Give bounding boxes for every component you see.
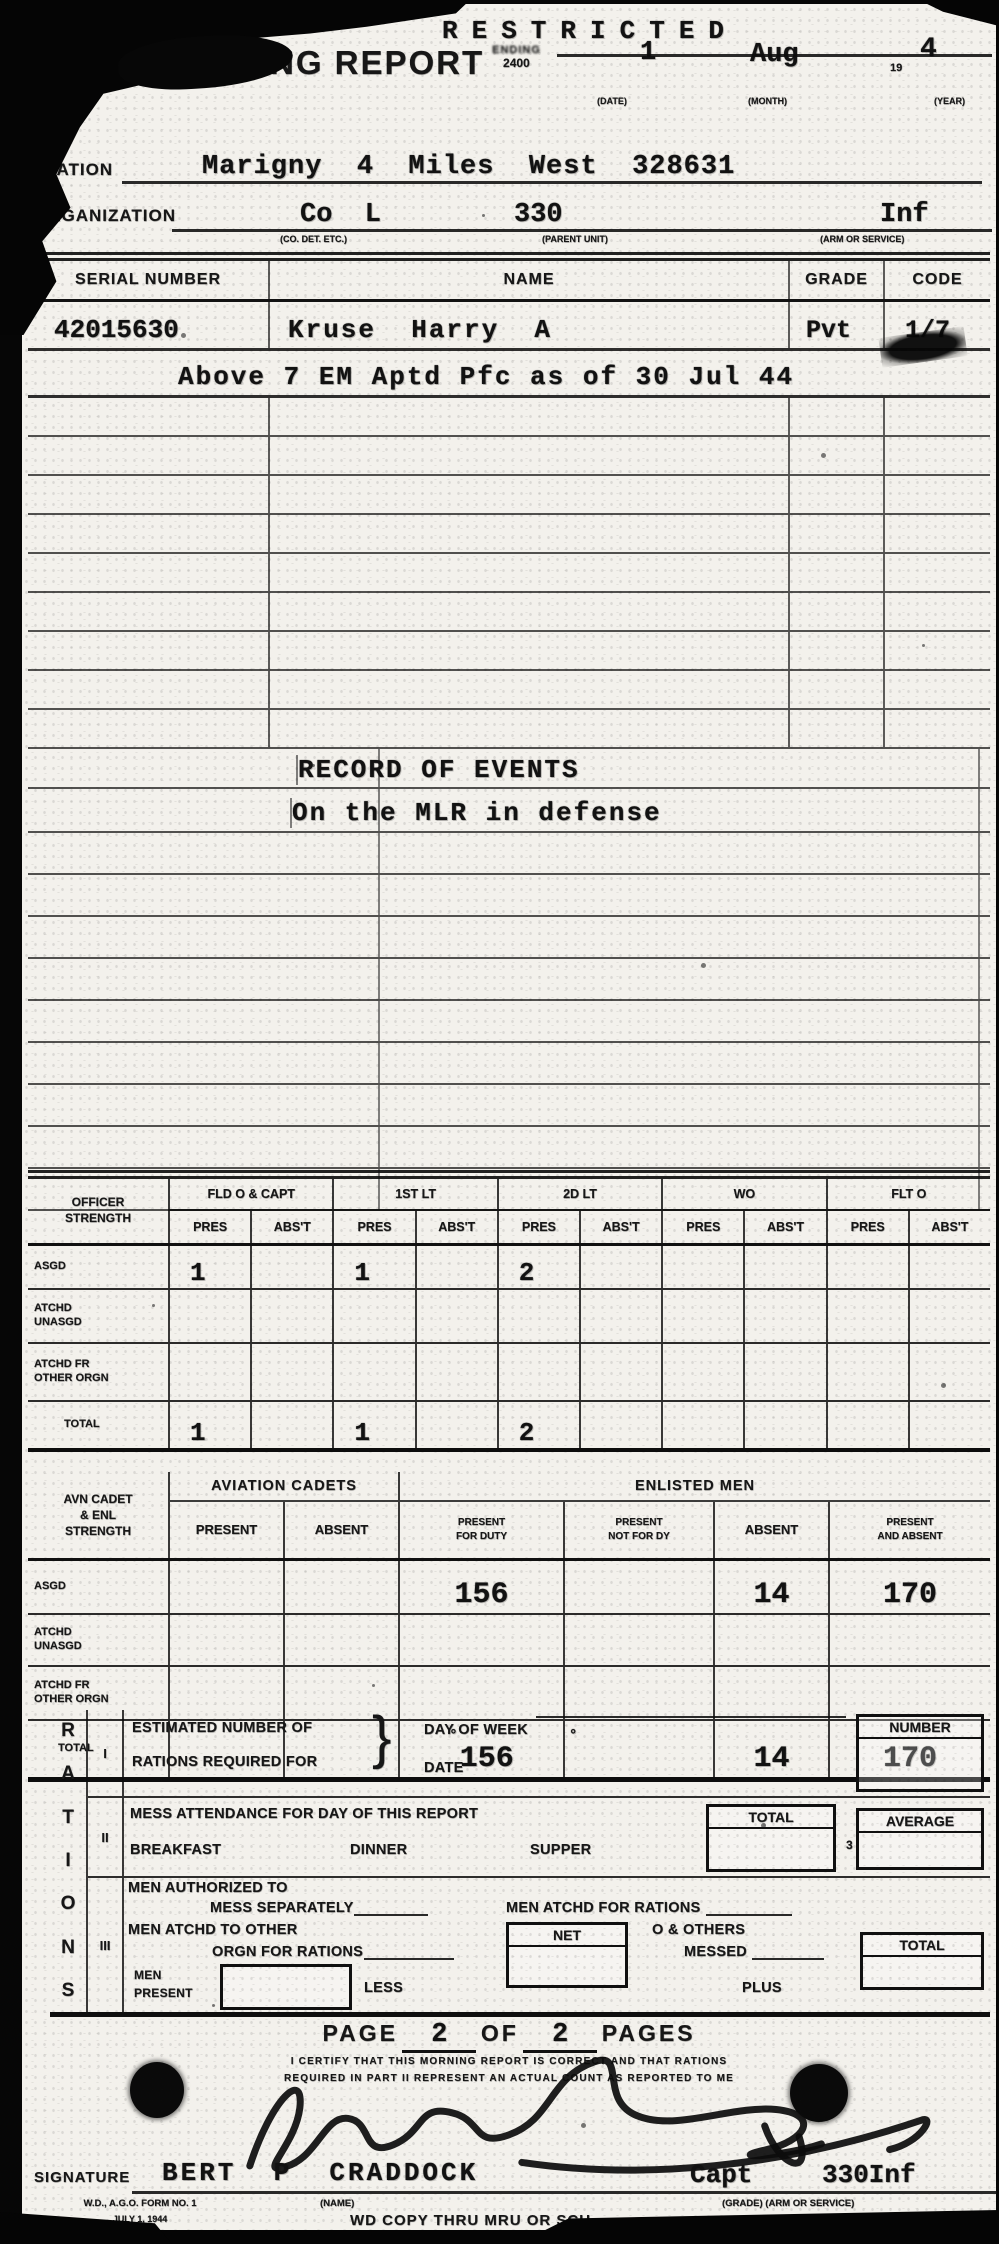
station-value: Marigny 4 Miles West 328631 (202, 152, 735, 182)
date-field-label: DATE (424, 1760, 464, 1776)
paper-sheet: RESTRICTED MORNING REPORT ENDING 2400 1 … (22, 4, 996, 2244)
numeral-II: II (88, 1798, 124, 1876)
mess-attendance-title: MESS ATTENDANCE FOR DAY OF THIS REPORT (130, 1806, 478, 1822)
pres-header: PRES (332, 1211, 414, 1243)
date-day-value: 1 (640, 38, 656, 68)
organization-underline (172, 229, 992, 232)
enlisted-table-header: AVN CADET & ENL STRENGTH AVIATION CADETS… (28, 1472, 990, 1561)
pres-header: PRES (826, 1211, 908, 1243)
signature-row: SIGNATURE BERT P CRADDOCK Capt 330Inf (22, 2146, 996, 2194)
cadets-absent-header: ABSENT (283, 1502, 398, 1558)
men-present-box (220, 1964, 352, 2010)
form-number: W.D., A.G.O. FORM NO. 1 (40, 2198, 240, 2209)
remark-text: Above 7 EM Aptd Pfc as of 30 Jul 44 (28, 362, 794, 395)
signed-grade: Capt (690, 2160, 752, 2190)
men-authorized-label: MEN AUTHORIZED TO (128, 1880, 288, 1896)
day-of-week-label: DAY OF WEEK (424, 1722, 528, 1738)
col-group-fldo-capt: FLD O & CAPT (168, 1179, 332, 1211)
number-box: NUMBER (856, 1714, 984, 1792)
enlisted-row-asgd: ASGD 156 14 170 (28, 1561, 990, 1615)
orgn-for-rations-label: ORGN FOR RATIONS (212, 1944, 363, 1960)
entry-serial: 42015630 (28, 302, 268, 348)
absent-header: ABSENT (713, 1502, 828, 1558)
code-header: CODE (883, 261, 990, 299)
roster-entry-row: 42015630 Kruse Harry A Pvt 1/7 (28, 302, 990, 351)
ending-label: ENDING (492, 44, 541, 56)
messed-label: MESSED (684, 1944, 747, 1960)
name-sublabel: (NAME) (320, 2198, 354, 2209)
record-of-events-title-row: RECORD OF EVENTS (28, 749, 990, 789)
supper-label: SUPPER (530, 1842, 591, 1858)
grade-header: GRADE (788, 261, 883, 299)
officer-row-total: TOTAL 1 1 2 (28, 1402, 990, 1452)
organization-company: Co L (300, 200, 381, 230)
year-prefix: 19 (890, 62, 902, 74)
entry-name: Kruse Harry A (268, 302, 788, 348)
men-atchd-to-other-label: MEN ATCHD TO OTHER (128, 1922, 297, 1938)
rations-section-2: II MESS ATTENDANCE FOR DAY OF THIS REPOR… (88, 1798, 990, 1878)
enlisted-row-atchd-unasgd: ATCHD UNASGD (28, 1615, 990, 1667)
abst-header: ABS'T (908, 1211, 990, 1243)
mess-separately-label: MESS SEPARATELY (210, 1900, 354, 1916)
date-underline (557, 54, 992, 57)
col-group-wo: WO (661, 1179, 825, 1211)
roster-remark-row: Above 7 EM Aptd Pfc as of 30 Jul 44 (28, 351, 990, 398)
officer-strength-table: OFFICER STRENGTH FLD O & CAPT 1ST LT 2D … (28, 1170, 990, 1452)
stray-mark-3: 3 (846, 1838, 853, 1852)
rations-section-3: III MEN AUTHORIZED TO MESS SEPARATELY ME… (88, 1878, 990, 2012)
officer-strength-row-header: OFFICER STRENGTH (28, 1179, 168, 1243)
roster-empty-rows (28, 398, 990, 749)
signed-unit: 330Inf (822, 2160, 916, 2190)
col-group-enlisted-men: ENLISTED MEN (398, 1472, 990, 1502)
company-sublabel: (CO. DET. ETC.) (280, 234, 347, 244)
organization-row: ORGANIZATION Co L 330 Inf (22, 188, 996, 232)
total-box: TOTAL (706, 1804, 836, 1872)
present-and-absent-header: PRESENT AND ABSENT (828, 1502, 990, 1558)
officer-row-atchd-unasgd: ATCHD UNASGD (28, 1290, 990, 1344)
abst-header: ABS'T (415, 1211, 497, 1243)
breakfast-label: BREAKFAST (130, 1842, 221, 1858)
plus-label: PLUS (742, 1980, 782, 1996)
avn-cadet-enl-row-header: AVN CADET & ENL STRENGTH (28, 1472, 168, 1558)
events-empty-rows (28, 833, 990, 1211)
month-sublabel: (MONTH) (748, 96, 787, 106)
arm-sublabel: (ARM OR SERVICE) (820, 234, 904, 244)
signature-label: SIGNATURE (34, 2169, 130, 2186)
col-group-1st-lt: 1ST LT (332, 1179, 496, 1211)
abst-header: ABS'T (579, 1211, 661, 1243)
less-label: LESS (364, 1980, 403, 1996)
numeral-I: I (88, 1710, 124, 1796)
dinner-label: DINNER (350, 1842, 407, 1858)
row-label: ASGD (28, 1561, 168, 1613)
date-year-value: 4 (920, 34, 937, 65)
officer-row-atchd-fr-other: ATCHD FR OTHER ORGN (28, 1344, 990, 1402)
organization-arm: Inf (880, 200, 929, 230)
entry-grade: Pvt (788, 302, 883, 348)
net-box: NET (506, 1922, 628, 1988)
restricted-stamp: RESTRICTED (442, 16, 738, 46)
hole-punch-left (130, 2062, 184, 2118)
station-underline (122, 181, 982, 184)
col-group-flt-o: FLT O (826, 1179, 990, 1211)
officer-table-header: OFFICER STRENGTH FLD O & CAPT 1ST LT 2D … (28, 1179, 990, 1246)
grade-arm-sublabel: (GRADE) (ARM OR SERVICE) (722, 2198, 854, 2209)
average-box: AVERAGE (856, 1808, 984, 1870)
abst-header: ABS'T (250, 1211, 332, 1243)
scanned-morning-report: RESTRICTED MORNING REPORT ENDING 2400 1 … (0, 0, 999, 2244)
pres-header: PRES (168, 1211, 250, 1243)
total-box-2: TOTAL (860, 1932, 984, 1990)
station-row: STATION Marigny 4 Miles West 328631 (22, 140, 996, 184)
cadets-present-header: PRESENT (168, 1502, 283, 1558)
row-label: ATCHD UNASGD (28, 1290, 168, 1342)
roster-section: SERIAL NUMBER NAME GRADE CODE 42015630 K… (28, 252, 990, 1211)
ending-2400-block: ENDING 2400 (492, 44, 541, 70)
serial-number-header: SERIAL NUMBER (28, 261, 268, 299)
row-label: ATCHD UNASGD (28, 1615, 168, 1665)
record-of-events-title: RECORD OF EVENTS (296, 755, 580, 785)
name-header: NAME (268, 261, 788, 299)
organization-parent-unit: 330 (514, 200, 563, 230)
officer-row-asgd: ASGD 1 1 2 (28, 1246, 990, 1290)
record-of-events-entry: On the MLR in defense (290, 798, 662, 828)
abst-header: ABS'T (743, 1211, 825, 1243)
men-atchd-for-rations-label: MEN ATCHD FOR RATIONS (506, 1900, 701, 1916)
rations-section: RA TI ON S I ESTIMATED NUMBER OF RATIONS… (50, 1710, 990, 2017)
brace: } (372, 1704, 391, 1771)
present-not-for-duty-header: PRESENT NOT FOR DY (563, 1502, 713, 1558)
signed-name: BERT P CRADDOCK (162, 2158, 478, 2188)
col-group-aviation-cadets: AVIATION CADETS (168, 1472, 398, 1502)
row-label: TOTAL (28, 1402, 168, 1448)
date-sublabel: (DATE) (597, 96, 627, 106)
col-group-2d-lt: 2D LT (497, 1179, 661, 1211)
pres-header: PRES (497, 1211, 579, 1243)
organization-sublabels: (CO. DET. ETC.) (PARENT UNIT) (ARM OR SE… (22, 234, 996, 248)
rations-vertical-label: RA TI ON S (50, 1710, 86, 2012)
ending-time: 2400 (492, 56, 541, 70)
numeral-III: III (88, 1878, 124, 2012)
roster-header-row: SERIAL NUMBER NAME GRADE CODE (28, 261, 990, 302)
parent-unit-sublabel: (PARENT UNIT) (542, 234, 608, 244)
row-label: ATCHD FR OTHER ORGN (28, 1344, 168, 1400)
pres-header: PRES (661, 1211, 743, 1243)
row-label: ASGD (28, 1246, 168, 1288)
rations-section-1: I ESTIMATED NUMBER OF RATIONS REQUIRED F… (88, 1710, 990, 1798)
estimated-rations-line2: RATIONS REQUIRED FOR (132, 1754, 317, 1770)
estimated-rations-line1: ESTIMATED NUMBER OF (132, 1720, 312, 1736)
men-present-label: MEN PRESENT (134, 1966, 193, 2002)
o-and-others-label: O & OTHERS (652, 1922, 745, 1938)
year-sublabel: (YEAR) (934, 96, 965, 106)
record-of-events-entry-row: On the MLR in defense (28, 789, 990, 833)
present-for-duty-header: PRESENT FOR DUTY (398, 1502, 563, 1558)
